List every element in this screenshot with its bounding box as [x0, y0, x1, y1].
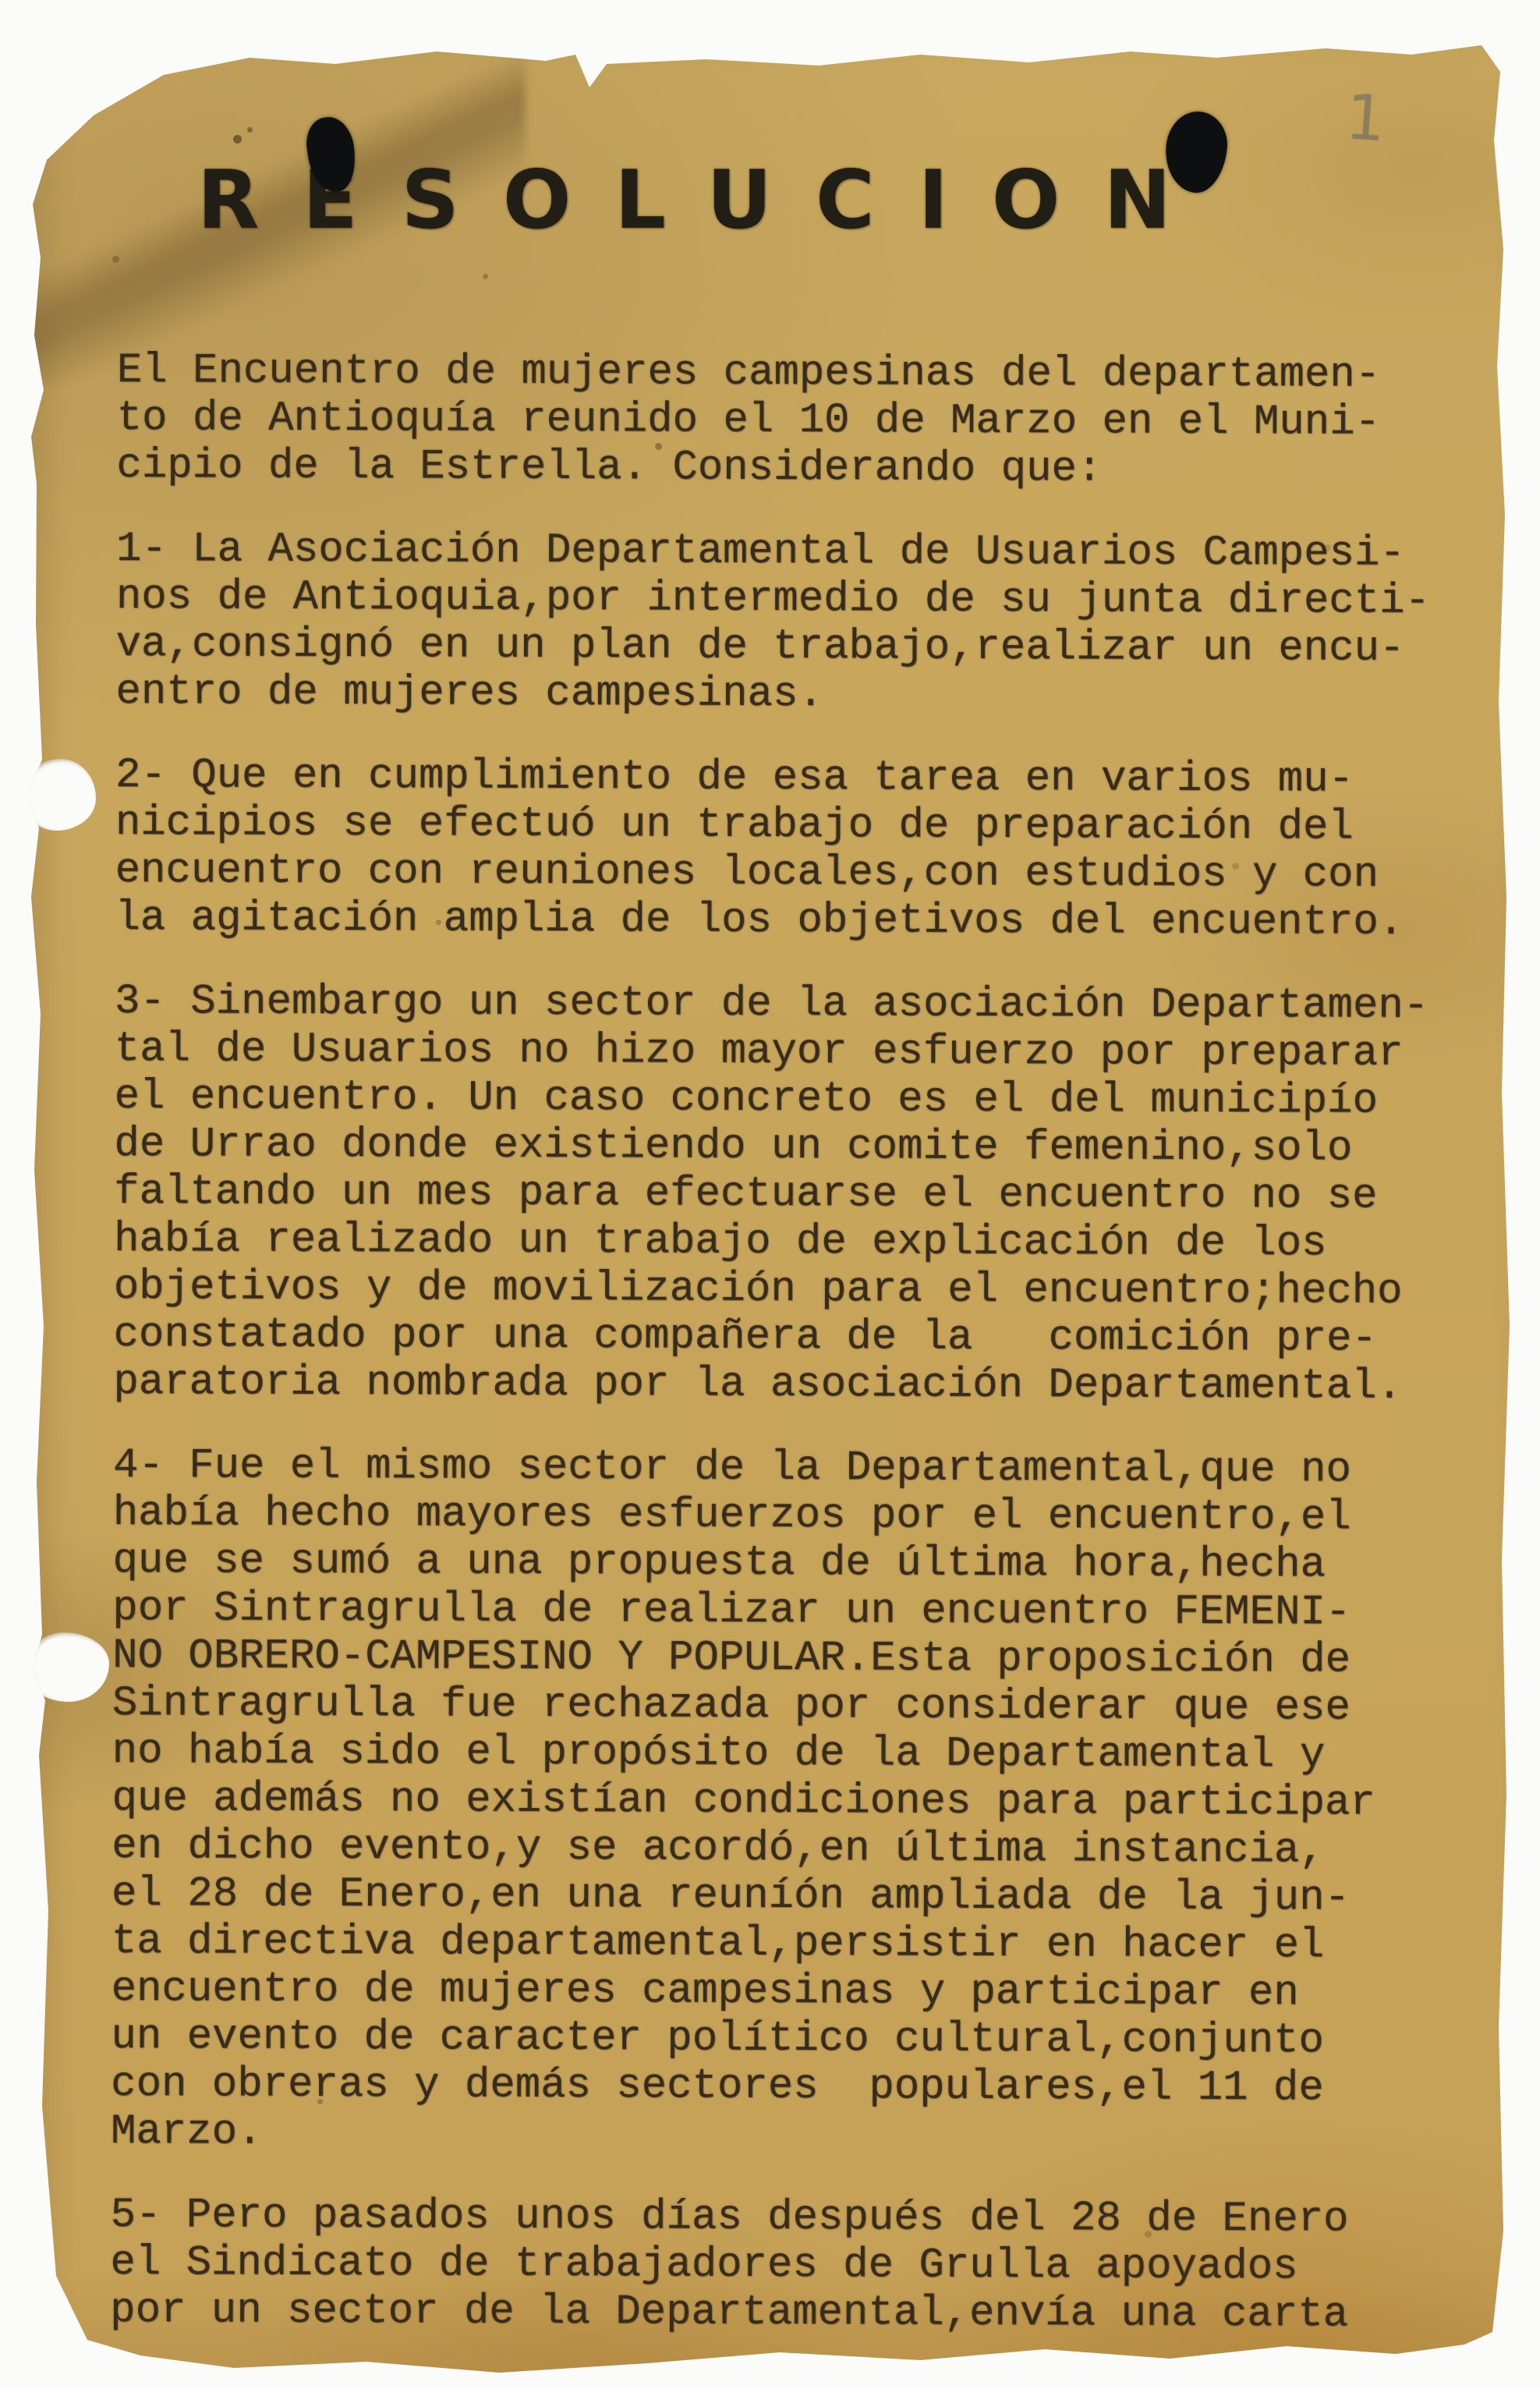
paragraph-point-4: 4- Fue el mismo sector de la Departament… [111, 1442, 1485, 2160]
text-line: faltando un mes para efectuarse el encue… [114, 1168, 1486, 1221]
text-line: había realizado un trabajo de explicació… [114, 1216, 1486, 1268]
text-line: ta directiva departamental,persistir en … [112, 1918, 1484, 1970]
paragraph-point-2: 2- Que en cumplimiento de esa tarea en v… [115, 752, 1488, 947]
text-line: había hecho mayores esfuerzos por el enc… [113, 1490, 1485, 1542]
text-line: la agitación amplia de los objetivos del… [115, 895, 1487, 947]
text-line: to de Antioquía reunido el 10 de Marzo e… [117, 395, 1489, 447]
text-line: con obreras y demás sectores populares,e… [111, 2061, 1483, 2113]
text-line: de Urrao donde existiendo un comite feme… [114, 1121, 1486, 1173]
scan-canvas: RESOLUCION El Encuentro de mujeres campe… [0, 0, 1540, 2389]
text-line: cipio de la Estrella. Considerando que: [116, 442, 1489, 494]
text-line: no había sido el propósito de la Departa… [112, 1728, 1485, 1780]
text-line: entro de mujeres campesinas. [115, 668, 1488, 721]
document-body: El Encuentro de mujeres campesinas del d… [110, 347, 1489, 2375]
text-line: Sintragrulla fue rechazada por considera… [112, 1680, 1485, 1732]
paragraph-intro: El Encuentro de mujeres campesinas del d… [116, 347, 1489, 494]
text-line: el encuentro. Un caso concreto es el del… [115, 1073, 1487, 1125]
text-line: 1- La Asociación Departamental de Usuari… [116, 526, 1489, 578]
text-line: encuentro con reuniones locales,con estu… [115, 847, 1488, 899]
text-line: encuentro de mujeres campesinas y partic… [112, 1965, 1484, 2018]
text-line: nicipios se efectuó un trabajo de prepar… [115, 799, 1488, 852]
paragraph-point-1: 1- La Asociación Departamental de Usuari… [115, 526, 1489, 721]
text-line: constatado por una compañera de la comic… [113, 1311, 1485, 1363]
paragraph-point-5: 5- Pero pasados unos días después del 28… [110, 2192, 1483, 2339]
text-line: el 28 de Enero,en una reuníón ampliada d… [112, 1870, 1484, 1923]
text-line: NO OBRERO-CAMPESINO Y POPULAR.Esta propo… [112, 1632, 1485, 1685]
punch-hole-bottom [25, 1632, 109, 1702]
text-line: 5- Pero pasados unos días después del 28… [111, 2192, 1483, 2244]
document-page: RESOLUCION El Encuentro de mujeres campe… [0, 0, 1540, 2389]
text-line: nos de Antioquia,por intermedio de su ju… [116, 573, 1489, 626]
text-line: 4- Fue el mismo sector de la Departament… [113, 1442, 1485, 1494]
text-line: en dicho evento,y se acordó,en última in… [112, 1823, 1484, 1875]
pencil-page-number: 1 [1344, 86, 1387, 151]
text-line: 3- Sinembargo un sector de la asociación… [115, 978, 1487, 1030]
text-line: paratoria nombrada por la asociación Dep… [113, 1359, 1485, 1411]
text-line: objetivos y de movilización para el encu… [114, 1264, 1486, 1316]
text-line: por Sintragrulla de realizar un encuentr… [112, 1585, 1485, 1637]
punch-hole-top [20, 759, 96, 831]
text-line: que además no existían condiciones para … [112, 1775, 1484, 1827]
text-line: Marzo. [111, 2108, 1483, 2160]
text-line: el Sindicato de trabajadores de Grulla a… [110, 2239, 1482, 2292]
text-line: 2- Que en cumplimiento de esa tarea en v… [115, 752, 1488, 804]
paper-specks [0, 0, 4, 4]
text-line: tal de Usuarios no hizo mayor esfuerzo p… [115, 1026, 1487, 1078]
text-line: un evento de caracter político cultural,… [111, 2013, 1483, 2065]
text-line: va,consignó en un plan de trabajo,realiz… [116, 621, 1489, 673]
text-line: El Encuentro de mujeres campesinas del d… [117, 347, 1489, 399]
paragraph-point-3: 3- Sinembargo un sector de la asociación… [113, 978, 1487, 1411]
text-line: que se sumó a una propuesta de última ho… [112, 1537, 1485, 1590]
text-line: por un sector de la Departamental,envía … [110, 2287, 1482, 2339]
